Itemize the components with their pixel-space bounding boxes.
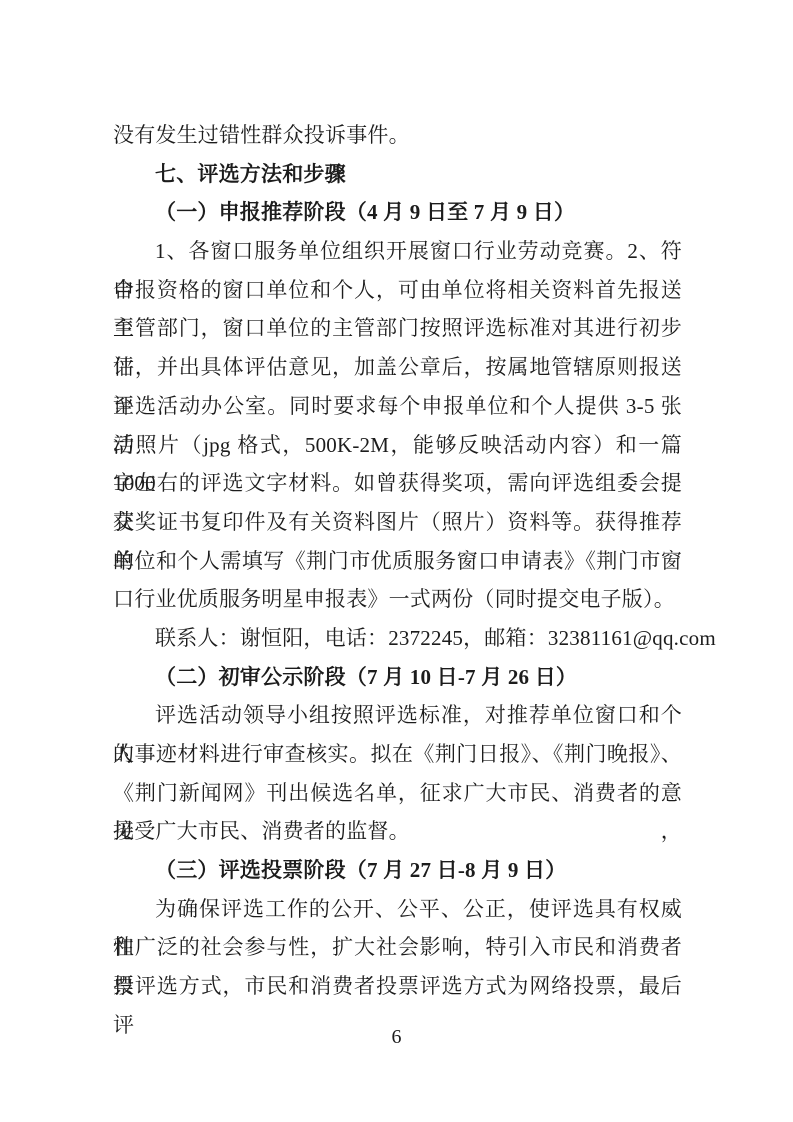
text-line: 字左右的评选文字材料。如曾获得奖项，需向评选组委会提交: [113, 464, 682, 503]
document-content: 没有发生过错性群众投诉事件。七、评选方法和步骤（一）申报推荐阶段（4 月 9 日…: [113, 116, 682, 1006]
text-line: 申报资格的窗口单位和个人，可由单位将相关资料首先报送至: [113, 271, 682, 310]
section-heading: 七、评选方法和步骤: [113, 155, 682, 194]
text-line: 的事迹材料进行审查核实。拟在《荆门日报》、《荆门晚报》、: [113, 735, 682, 774]
section-heading: （二）初审公示阶段（7 月 10 日-7 月 26 日）: [113, 658, 682, 697]
text-line: 估，并出具体评估意见，加盖公章后，按属地管辖原则报送至: [113, 348, 682, 387]
text-line: 票评选方式，市民和消费者投票评选方式为网络投票，最后评: [113, 967, 682, 1006]
text-line: 和广泛的社会参与性，扩大社会影响，特引入市民和消费者投: [113, 928, 682, 967]
page-footer: 6: [0, 1026, 793, 1049]
text-line: 获奖证书复印件及有关资料图片（照片）资料等。获得推荐的: [113, 503, 682, 542]
text-line: 评选活动办公室。同时要求每个申报单位和个人提供 3-5 张活: [113, 387, 682, 426]
text-line: 单位和个人需填写《荆门市优质服务窗口申请表》《荆门市窗: [113, 542, 682, 581]
text-line: 口行业优质服务明星申报表》一式两份（同时提交电子版）。: [113, 580, 682, 619]
document-page: 没有发生过错性群众投诉事件。七、评选方法和步骤（一）申报推荐阶段（4 月 9 日…: [0, 0, 793, 1122]
text-line: 主管部门，窗口单位的主管部门按照评选标准对其进行初步评: [113, 309, 682, 348]
section-heading: （三）评选投票阶段（7 月 27 日-8 月 9 日）: [113, 851, 682, 890]
text-line: 评选活动领导小组按照评选标准，对推荐单位窗口和个人: [113, 696, 682, 735]
text-line: 为确保评选工作的公开、公平、公正，使评选具有权威性: [113, 890, 682, 929]
text-line: 1、各窗口服务单位组织开展窗口行业劳动竞赛。2、符合: [113, 232, 682, 271]
page-number: 6: [392, 1026, 402, 1048]
section-heading: （一）申报推荐阶段（4 月 9 日至 7 月 9 日）: [113, 193, 682, 232]
text-line: 《荆门新闻网》刊出候选名单，征求广大市民、消费者的意见，: [113, 774, 682, 813]
text-line: 动照片（jpg 格式，500K-2M，能够反映活动内容）和一篇 1000: [113, 426, 682, 465]
text-line: 没有发生过错性群众投诉事件。: [113, 116, 682, 155]
text-line: 联系人：谢恒阳，电话：2372245，邮箱：32381161@qq.com: [113, 619, 682, 658]
